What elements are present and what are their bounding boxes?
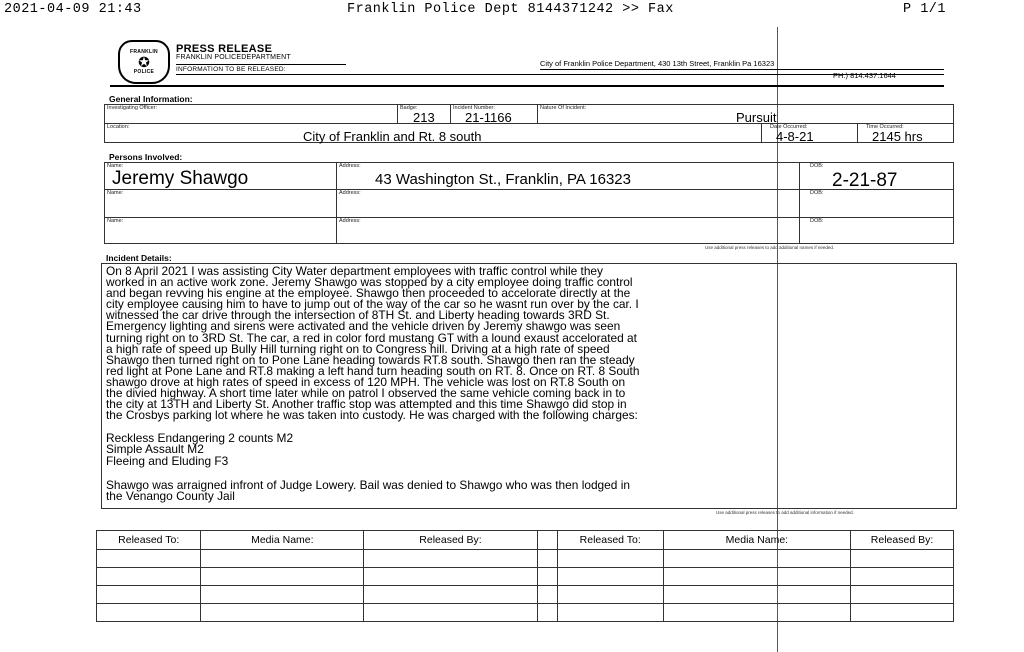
incident-narrative: On 8 April 2021 I was assisting City Wat… [102, 264, 956, 423]
persons-note: Use additional press releases to add add… [705, 245, 834, 250]
incident-note: Use additional press releases to add add… [716, 510, 854, 515]
table-cell[interactable] [364, 568, 538, 586]
seal-bottom-text: POLICE [134, 69, 154, 75]
time-occurred-field[interactable]: Time Occurred: 2145 hrs [857, 123, 954, 143]
column-header-released-by: Released By: [851, 531, 954, 550]
column-header-media-name: Media Name: [201, 531, 364, 550]
person-3-name-field[interactable]: Name: [104, 217, 337, 244]
divider [176, 64, 346, 65]
table-cell[interactable] [201, 550, 364, 568]
table-row [97, 568, 954, 586]
section-title-general: General Information: [109, 94, 193, 104]
table-row [97, 550, 954, 568]
table-cell[interactable] [663, 586, 850, 604]
star-icon: ✪ [138, 55, 150, 69]
divider [176, 74, 944, 75]
person-2-name-field[interactable]: Name: [104, 189, 337, 218]
table-cell [537, 568, 557, 586]
section-title-incident: Incident Details: [106, 253, 172, 263]
date-occurred-field[interactable]: Date Occurred: 4-8-21 [761, 123, 858, 143]
nature-of-incident-field[interactable]: Nature Of Incident: Pursuit [537, 104, 954, 124]
table-cell[interactable] [364, 604, 538, 622]
person-1-address-field[interactable]: Address: 43 Washington St., Franklin, PA… [336, 162, 800, 190]
release-log-header-row: Released To: Media Name: Released By: Re… [97, 531, 954, 550]
location-field[interactable]: Location: City of Franklin and Rt. 8 sou… [104, 123, 762, 143]
table-cell[interactable] [663, 568, 850, 586]
incident-number-field[interactable]: Incident Number: 21-1166 [450, 104, 538, 124]
table-cell[interactable] [364, 550, 538, 568]
department-phone: PH.) 814.437.1644 [833, 71, 896, 80]
fax-sender: Franklin Police Dept 8144371242 >> Fax [347, 2, 674, 17]
fax-page-number: P 1/1 [903, 2, 946, 17]
table-cell[interactable] [201, 604, 364, 622]
table-cell [537, 586, 557, 604]
table-cell[interactable] [97, 550, 201, 568]
table-cell[interactable] [557, 586, 663, 604]
table-cell[interactable] [851, 550, 954, 568]
badge-field[interactable]: Badge: 213 [397, 104, 451, 124]
table-cell[interactable] [201, 568, 364, 586]
fax-timestamp: 2021-04-09 21:43 [4, 2, 142, 17]
table-cell[interactable] [851, 604, 954, 622]
table-cell[interactable] [97, 604, 201, 622]
release-log-table: Released To: Media Name: Released By: Re… [96, 530, 954, 622]
investigating-officer-field[interactable]: Investigating Officer: [104, 104, 398, 124]
table-cell[interactable] [851, 568, 954, 586]
table-cell[interactable] [663, 604, 850, 622]
column-header-released-to: Released To: [97, 531, 201, 550]
incident-disposition: Shawgo was arraigned infront of Judge Lo… [102, 478, 956, 504]
table-cell[interactable] [851, 586, 954, 604]
incident-narrative-field[interactable]: On 8 April 2021 I was assisting City Wat… [101, 263, 957, 509]
section-title-persons: Persons Involved: [109, 152, 182, 162]
table-row [97, 604, 954, 622]
column-spacer [537, 531, 557, 550]
table-cell [537, 604, 557, 622]
table-cell[interactable] [557, 568, 663, 586]
department-address: City of Franklin Police Department, 430 … [540, 59, 774, 68]
department-name: FRANKLIN POLICEDEPARTMENT [176, 54, 291, 61]
person-1-name-field[interactable]: Name: Jeremy Shawgo [104, 162, 337, 190]
table-cell[interactable] [201, 586, 364, 604]
person-1-dob-field[interactable]: DOB: 2-21-87 [799, 162, 954, 190]
table-cell[interactable] [364, 586, 538, 604]
person-3-dob-field[interactable]: DOB: [799, 217, 954, 244]
table-cell[interactable] [97, 586, 201, 604]
incident-charges: Reckless Endangering 2 counts M2 Simple … [102, 431, 956, 468]
table-row [97, 586, 954, 604]
column-header-released-to: Released To: [557, 531, 663, 550]
column-header-media-name: Media Name: [663, 531, 850, 550]
table-cell[interactable] [557, 604, 663, 622]
table-cell [537, 550, 557, 568]
person-2-dob-field[interactable]: DOB: [799, 189, 954, 218]
table-cell[interactable] [663, 550, 850, 568]
column-header-released-by: Released By: [364, 531, 538, 550]
divider [110, 85, 944, 87]
table-cell[interactable] [97, 568, 201, 586]
divider [540, 69, 944, 70]
person-3-address-field[interactable]: Address: [336, 217, 800, 244]
person-2-address-field[interactable]: Address: [336, 189, 800, 218]
badge-seal-icon: FRANKLIN ✪ POLICE [118, 40, 170, 84]
info-label: INFORMATION TO BE RELEASED: [176, 66, 286, 73]
table-cell[interactable] [557, 550, 663, 568]
